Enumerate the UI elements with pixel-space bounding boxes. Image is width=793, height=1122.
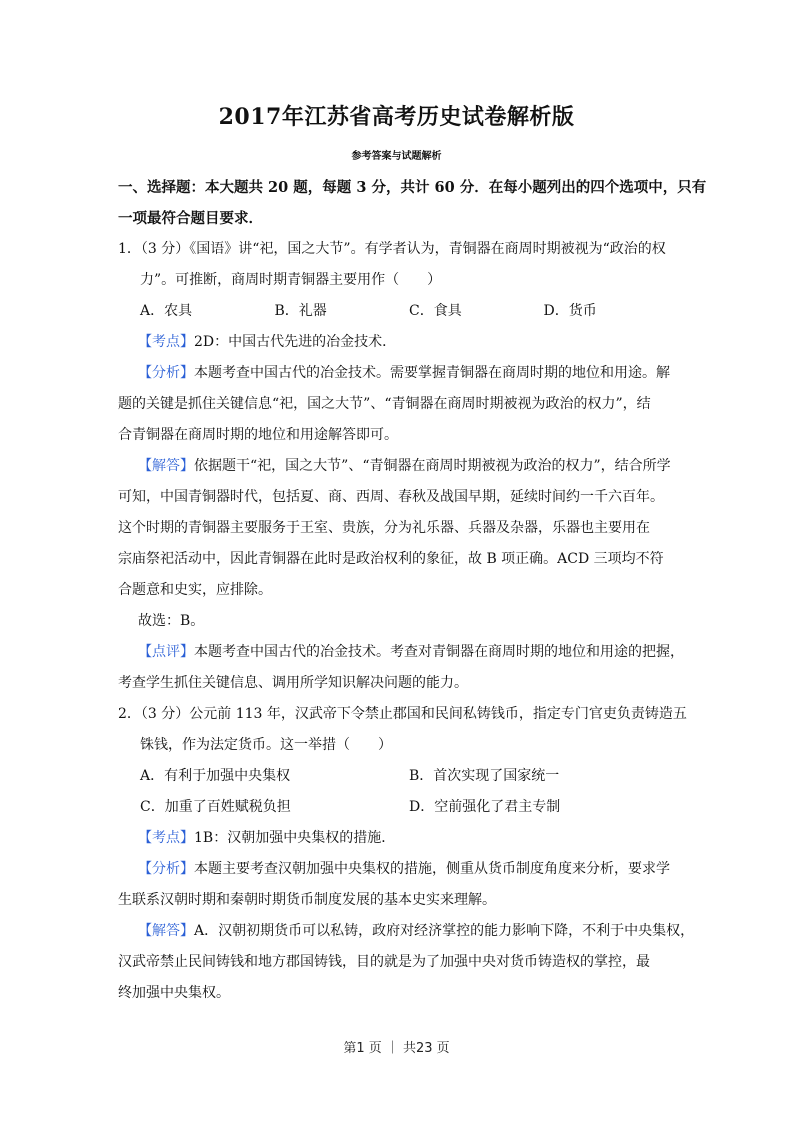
options-row: C．加重了百姓赋税负担 D．空前强化了君主专制 bbox=[118, 792, 678, 823]
option-d: D．货币 bbox=[544, 296, 679, 327]
kaodian: 【考点】1B：汉朝加强中央集权的措施． bbox=[118, 823, 678, 854]
option-c: C．食具 bbox=[409, 296, 544, 327]
option-c: C．加重了百姓赋税负担 bbox=[140, 792, 409, 823]
dianping-text: 本题考查中国古代的冶金技术。考查对青铜器在商周时期的地位和用途的把握， bbox=[194, 644, 684, 660]
options-row: A．农具 B．礼器 C．食具 D．货币 bbox=[118, 296, 678, 327]
document-page: 2017年江苏省高考历史试卷解析版 参考答案与试题解析 一、选择题：本大题共 2… bbox=[0, 0, 793, 1122]
jieda-cont: 终加强中央集权。 bbox=[118, 978, 678, 1009]
option-d: D．空前强化了君主专制 bbox=[409, 792, 678, 823]
options-row: A．有利于加强中央集权 B．首次实现了国家统一 bbox=[118, 761, 678, 792]
section-heading: 一、选择题：本大题共 20 题，每题 3 分，共计 60 分．在每小题列出的四个… bbox=[118, 172, 678, 203]
fenxi-label: 【分析】 bbox=[138, 861, 194, 877]
fenxi-text: 本题主要考查汉朝加强中央集权的措施，侧重从货币制度角度来分析，要求学 bbox=[194, 861, 670, 877]
question-stem-cont: 铢钱，作为法定货币。这一举措（ ） bbox=[118, 730, 678, 761]
fenxi-cont: 题的关键是抓住关键信息“祀，国之大节”、“青铜器在商周时期被视为政治的权力”，结 bbox=[118, 389, 678, 420]
jieda-cont: 这个时期的青铜器主要服务于王室、贵族，分为礼乐器、兵器及杂器，乐器也主要用在 bbox=[118, 513, 678, 544]
dianping-cont: 考查学生抓住关键信息、调用所学知识解决问题的能力。 bbox=[118, 668, 678, 699]
answer: 故选：B。 bbox=[118, 606, 678, 637]
jieda-cont: 宗庙祭祀活动中，因此青铜器在此时是政治权利的象征，故 B 项正确。ACD 三项均… bbox=[118, 544, 678, 575]
fenxi-cont: 合青铜器在商周时期的地位和用途解答即可。 bbox=[118, 420, 678, 451]
document-subtitle: 参考答案与试题解析 bbox=[0, 147, 793, 162]
jieda: 【解答】A．汉朝初期货币可以私铸，政府对经济掌控的能力影响下降，不利于中央集权， bbox=[118, 916, 678, 947]
option-b: B．礼器 bbox=[275, 296, 410, 327]
option-a: A．农具 bbox=[140, 296, 275, 327]
question-stem-cont: 力”。可推断，商周时期青铜器主要用作（ ） bbox=[118, 265, 678, 296]
fenxi-label: 【分析】 bbox=[138, 365, 194, 381]
kaodian-text: 2D：中国古代先进的冶金技术． bbox=[194, 334, 396, 350]
question-2: 2．（3 分）公元前 113 年，汉武帝下令禁止郡国和民间私铸钱币，指定专门官吏… bbox=[118, 699, 678, 1009]
kaodian-label: 【考点】 bbox=[138, 830, 194, 846]
question-stem: 2．（3 分）公元前 113 年，汉武帝下令禁止郡国和民间私铸钱币，指定专门官吏… bbox=[118, 699, 678, 730]
option-a: A．有利于加强中央集权 bbox=[140, 761, 409, 792]
kaodian-text: 1B：汉朝加强中央集权的措施． bbox=[194, 830, 395, 846]
kaodian-label: 【考点】 bbox=[138, 334, 194, 350]
fenxi-text: 本题考查中国古代的冶金技术。需要掌握青铜器在商周时期的地位和用途。解 bbox=[194, 365, 670, 381]
question-1: 1．（3 分）《国语》讲“祀，国之大节”。有学者认为，青铜器在商周时期被视为“政… bbox=[118, 234, 678, 699]
section-heading-cont: 一项最符合题目要求． bbox=[118, 203, 678, 234]
document-content: 一、选择题：本大题共 20 题，每题 3 分，共计 60 分．在每小题列出的四个… bbox=[118, 172, 678, 1009]
jieda-cont: 合题意和史实，应排除。 bbox=[118, 575, 678, 606]
jieda-label: 【解答】 bbox=[138, 458, 194, 474]
jieda-cont: 汉武帝禁止民间铸钱和地方郡国铸钱，目的就是为了加强中央对货币铸造权的掌控，最 bbox=[118, 947, 678, 978]
jieda-text: 依据题干“祀，国之大节”、“青铜器在商周时期被视为政治的权力”，结合所学 bbox=[194, 458, 671, 474]
fenxi-cont: 生联系汉朝时期和秦朝时期货币制度发展的基本史实来理解。 bbox=[118, 885, 678, 916]
fenxi: 【分析】本题考查中国古代的冶金技术。需要掌握青铜器在商周时期的地位和用途。解 bbox=[118, 358, 678, 389]
jieda-text: A．汉朝初期货币可以私铸，政府对经济掌控的能力影响下降，不利于中央集权， bbox=[194, 923, 694, 939]
document-title: 2017年江苏省高考历史试卷解析版 bbox=[0, 100, 793, 131]
page-indicator: 第1 页 ｜ 共23 页 bbox=[0, 1037, 793, 1056]
jieda-label: 【解答】 bbox=[138, 923, 194, 939]
fenxi: 【分析】本题主要考查汉朝加强中央集权的措施，侧重从货币制度角度来分析，要求学 bbox=[118, 854, 678, 885]
kaodian: 【考点】2D：中国古代先进的冶金技术． bbox=[118, 327, 678, 358]
dianping-label: 【点评】 bbox=[138, 644, 194, 660]
option-b: B．首次实现了国家统一 bbox=[409, 761, 678, 792]
jieda: 【解答】依据题干“祀，国之大节”、“青铜器在商周时期被视为政治的权力”，结合所学 bbox=[118, 451, 678, 482]
jieda-cont: 可知，中国青铜器时代，包括夏、商、西周、春秋及战国早期，延续时间约一千六百年。 bbox=[118, 482, 678, 513]
question-stem: 1．（3 分）《国语》讲“祀，国之大节”。有学者认为，青铜器在商周时期被视为“政… bbox=[118, 234, 678, 265]
dianping: 【点评】本题考查中国古代的冶金技术。考查对青铜器在商周时期的地位和用途的把握， bbox=[118, 637, 678, 668]
